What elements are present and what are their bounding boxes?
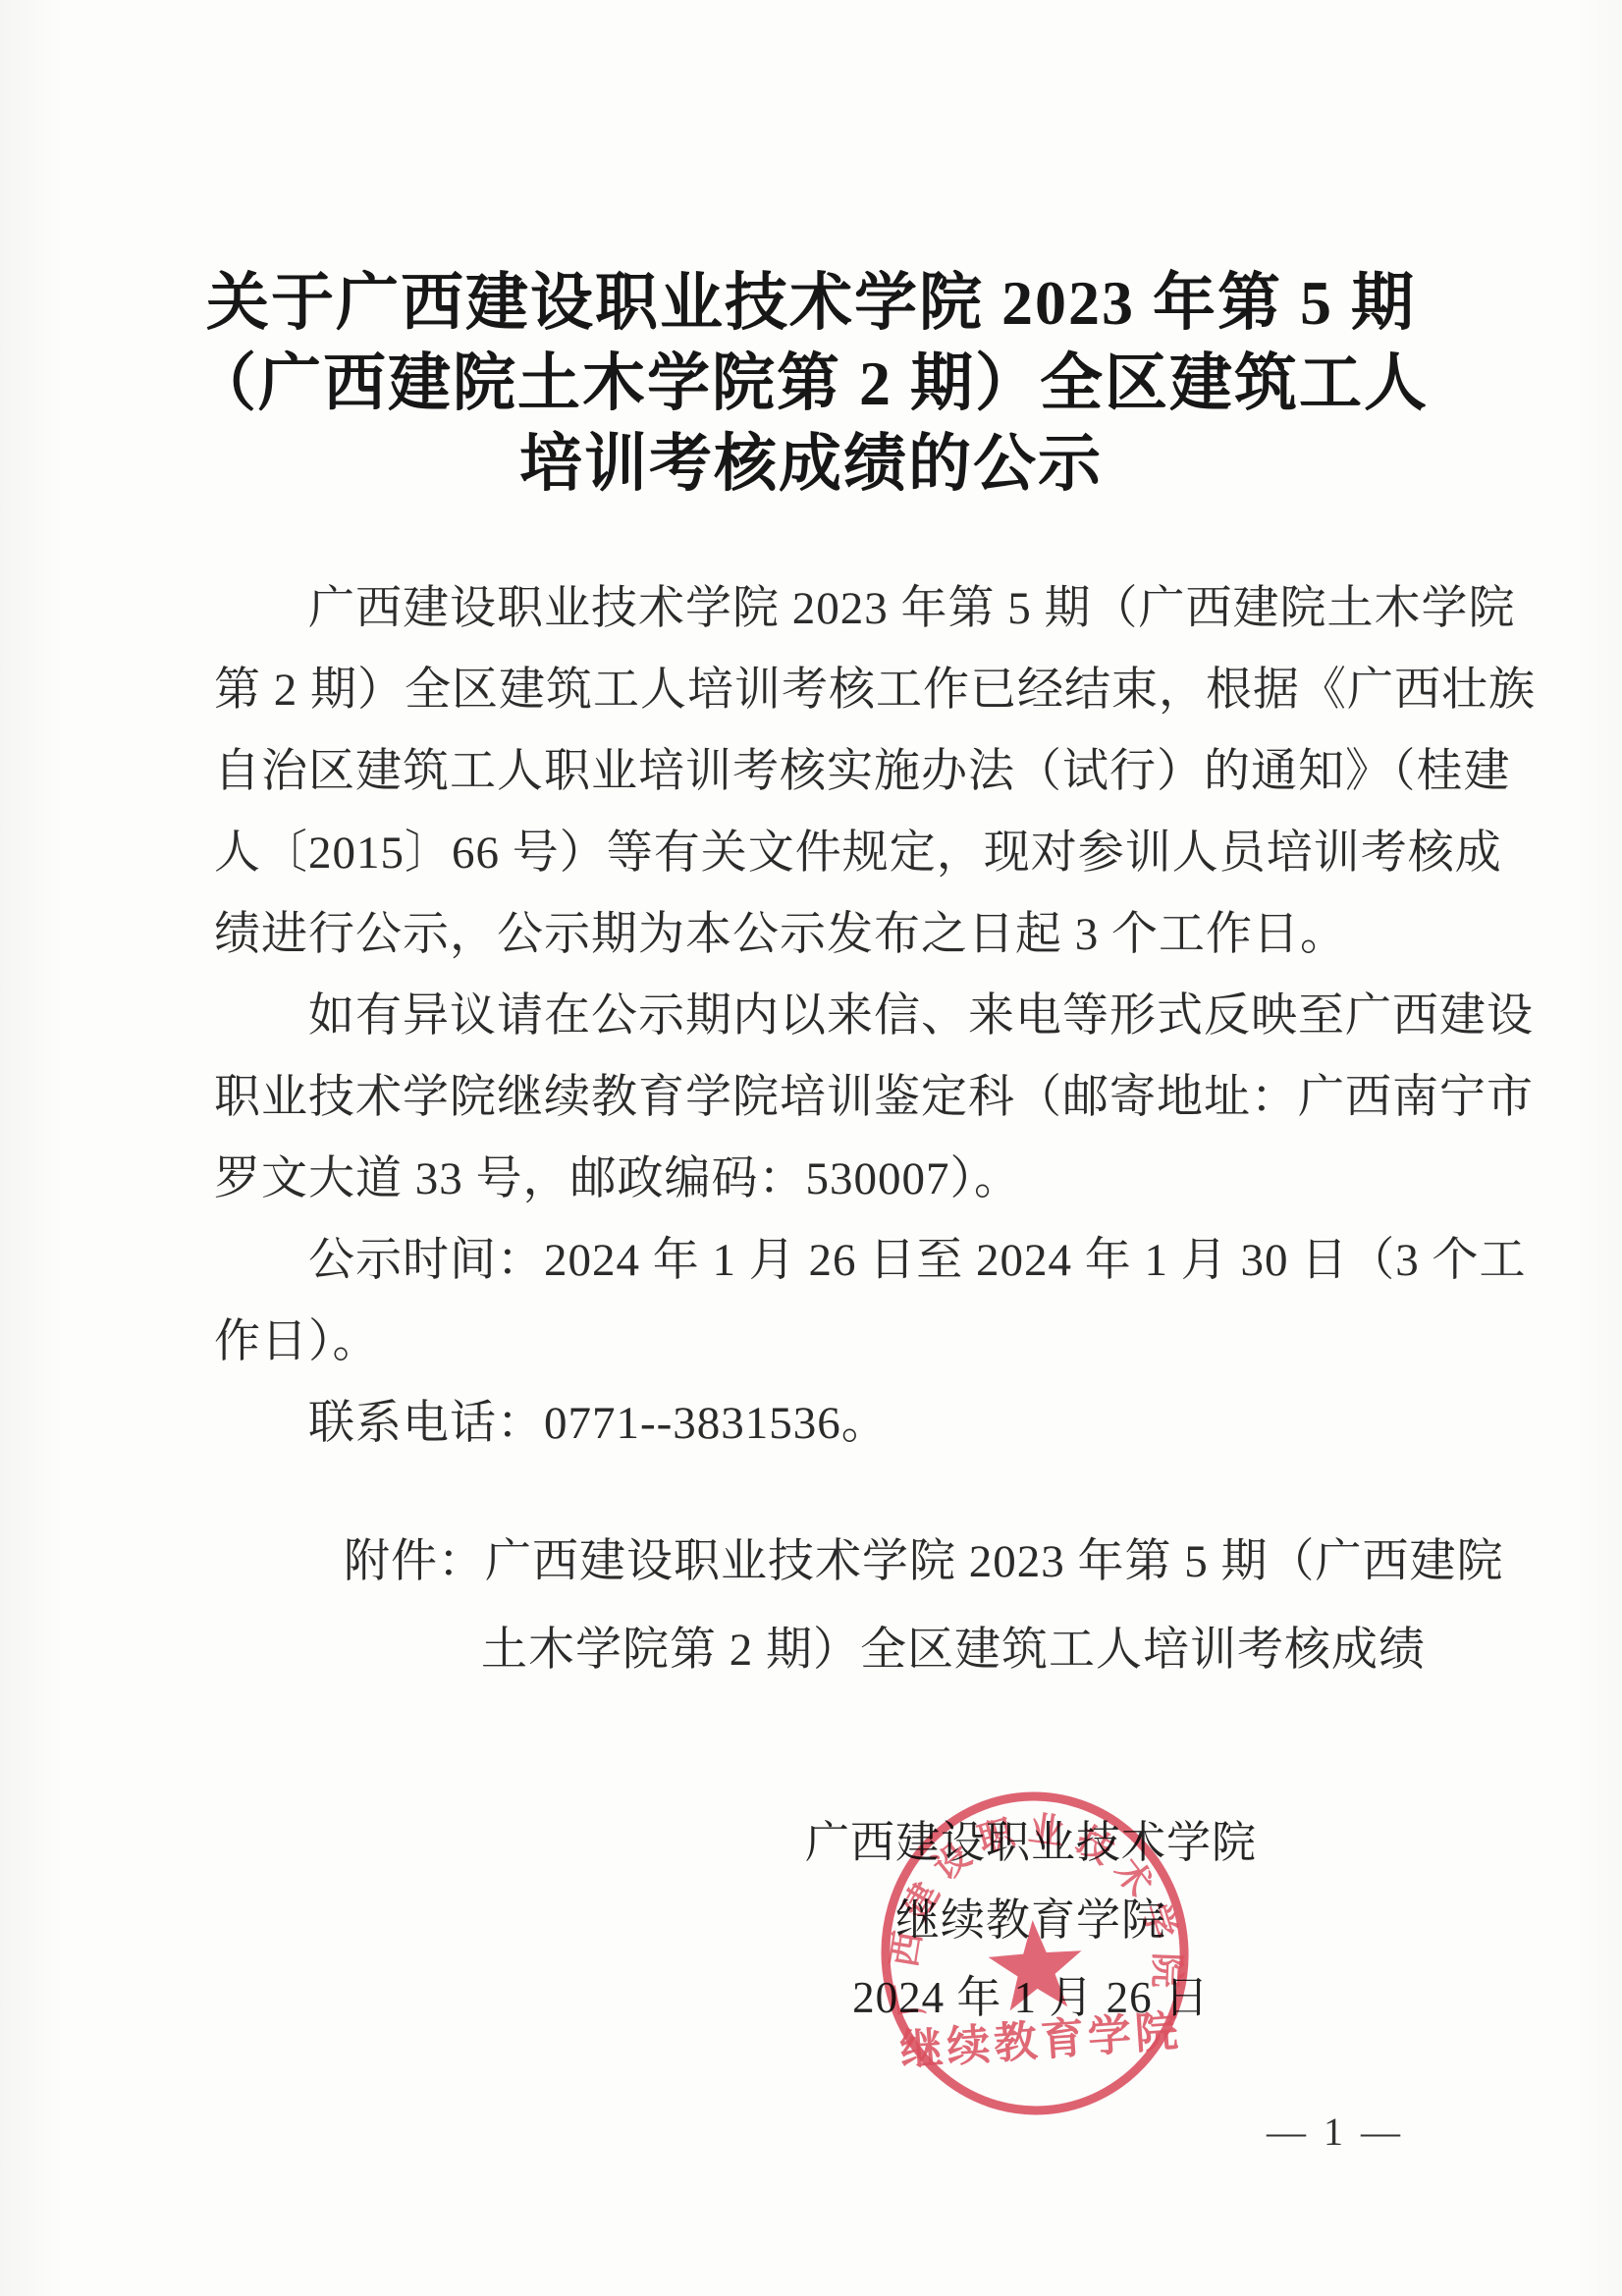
attachment-note: 附件：广西建设职业技术学院 2023 年第 5 期（广西建院 土木学院第 2 期… <box>214 1518 1461 1694</box>
attachment-label: 附件： <box>344 1536 485 1587</box>
title-line-1: 关于广西建设职业技术学院 2023 年第 5 期 <box>0 263 1622 344</box>
paragraph-1-line: 第 2 期）全区建筑工人培训考核工作已经结束，根据《广西壮族 <box>214 650 1461 731</box>
paragraph-1-line: 人〔2015〕66 号）等有关文件规定，现对参训人员培训考核成 <box>214 813 1461 894</box>
paragraph-1-line: 绩进行公示，公示期为本公示发布之日起 3 个工作日。 <box>214 894 1461 976</box>
paragraph-1-line: 广西建设职业技术学院 2023 年第 5 期（广西建院土木学院 <box>214 568 1461 650</box>
document-page: 关于广西建设职业技术学院 2023 年第 5 期 （广西建院土木学院第 2 期）… <box>0 0 1622 2296</box>
title-line-2: （广西建院土木学院第 2 期）全区建筑工人 <box>0 344 1622 424</box>
paragraph-3-line: 公示时间：2024 年 1 月 26 日至 2024 年 1 月 30 日（3 … <box>214 1220 1461 1302</box>
paragraph-2-line: 职业技术学院继续教育学院培训鉴定科（邮寄地址：广西南宁市 <box>214 1057 1461 1139</box>
document-body: 广西建设职业技术学院 2023 年第 5 期（广西建院土木学院 第 2 期）全区… <box>214 568 1461 1465</box>
document-title: 关于广西建设职业技术学院 2023 年第 5 期 （广西建院土木学院第 2 期）… <box>0 263 1622 505</box>
attachment-text: 广西建设职业技术学院 2023 年第 5 期（广西建院 <box>485 1536 1504 1587</box>
paragraph-2-line: 如有异议请在公示期内以来信、来电等形式反映至广西建设 <box>214 976 1461 1057</box>
page-number: — 1 — <box>1227 2109 1443 2155</box>
title-line-3: 培训考核成绩的公示 <box>0 424 1622 505</box>
attachment-line-2: 土木学院第 2 期）全区建筑工人培训考核成绩 <box>214 1606 1461 1694</box>
paragraph-2-line: 罗文大道 33 号，邮政编码：530007）。 <box>214 1139 1461 1220</box>
paragraph-1-line: 自治区建筑工人职业培训考核实施办法（试行）的通知》（桂建 <box>214 731 1461 813</box>
official-seal-stamp: 广西建设职业技术学院 继续教育学院 <box>858 1774 1211 2134</box>
seal-star-icon <box>986 1917 1085 2012</box>
paragraph-3-line: 作日）。 <box>214 1302 1461 1383</box>
paragraph-4-line: 联系电话：0771--3831536。 <box>214 1383 1461 1465</box>
attachment-line-1: 附件：广西建设职业技术学院 2023 年第 5 期（广西建院 <box>214 1518 1461 1606</box>
